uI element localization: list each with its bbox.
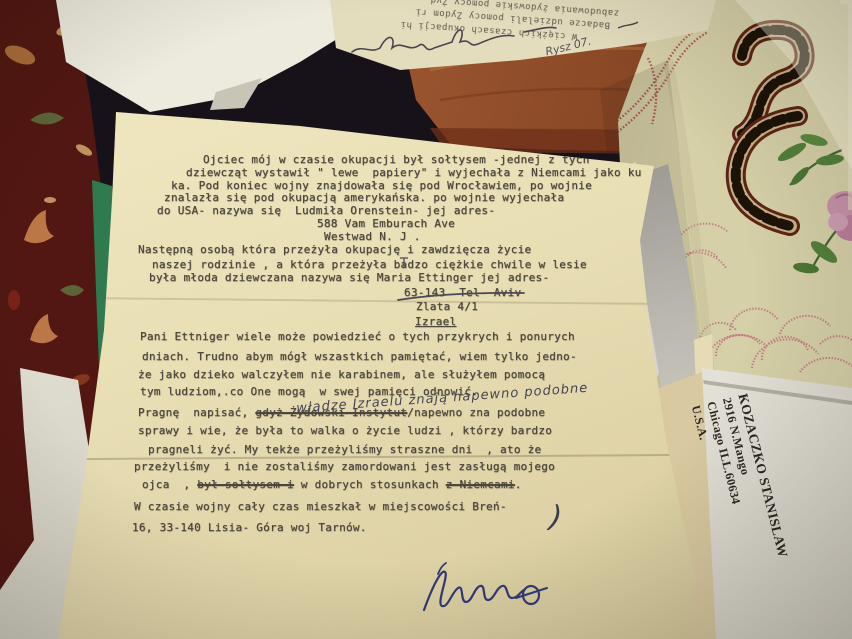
photograph-of-document-scene: KOZACZKO STANISLAW2916 N.MangoChicago IL… (0, 0, 852, 639)
embroidered-rose (776, 132, 852, 275)
